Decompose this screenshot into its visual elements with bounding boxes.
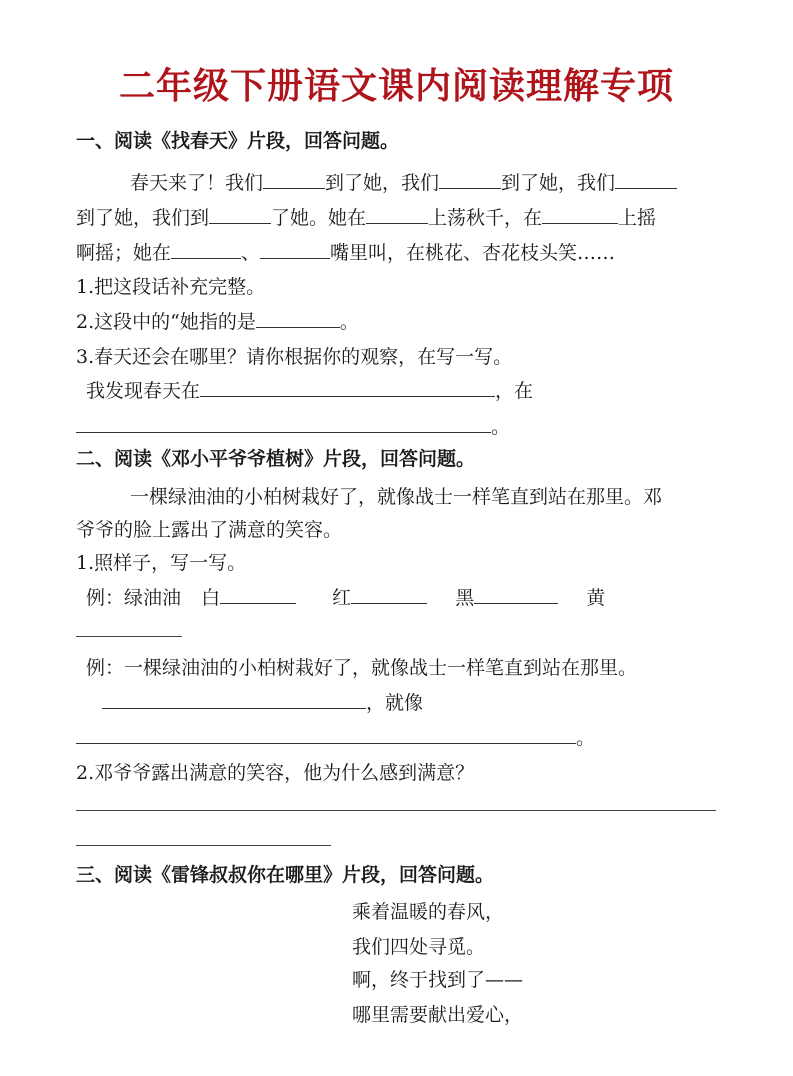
section2-q1-answer: ，就像 (102, 688, 423, 715)
answer-blank[interactable] (220, 585, 296, 604)
poem-line: 乘着温暖的春风， (352, 897, 504, 924)
answer-line[interactable] (76, 810, 716, 811)
section2-q1: 1.照样子，写一写。 (76, 548, 246, 575)
answer-line[interactable] (76, 636, 182, 637)
section2-passage-line1: 一棵绿油油的小柏树栽好了，就像战士一样笔直到站在那里。邓 (130, 482, 662, 509)
section1-q3-answer2: 。 (76, 412, 510, 439)
answer-blank[interactable] (76, 725, 576, 744)
section1-q2: 2.这段中的“她指的是。 (76, 307, 359, 334)
section2-q2: 2.邓爷爷露出满意的笑容，他为什么感到满意？ (76, 758, 474, 785)
page-title: 二年级下册语文课内阅读理解专项 (0, 58, 793, 109)
section3-heading: 三、阅读《雷锋叔叔你在哪里》片段，回答问题。 (76, 860, 494, 887)
poem-line: 哪里需要献出爱心， (352, 1000, 523, 1027)
section1-q3: 3.春天还会在哪里？请你根据你的观察，在写一写。 (76, 342, 512, 369)
section1-passage-line1: 春天来了！我们到了她，我们到了她，我们 (130, 168, 677, 195)
answer-line[interactable] (76, 845, 331, 846)
section2-heading: 二、阅读《邓小平爷爷植树》片段，回答问题。 (76, 444, 475, 471)
section1-heading: 一、阅读《找春天》片段，回答问题。 (76, 126, 399, 153)
section1-passage-line3: 啊摇；她在、嘴里叫，在桃花、杏花枝头笑…… (76, 238, 615, 265)
answer-blank[interactable] (76, 414, 491, 433)
section2-q1-example1: 例：绿油油 白 红 黑 黄 (86, 583, 605, 610)
section1-q3-answer: 我发现春天在，在 (86, 376, 533, 403)
section2-passage-line2: 爷爷的脸上露出了满意的笑容。 (76, 515, 342, 542)
answer-blank[interactable] (351, 585, 427, 604)
answer-blank[interactable] (102, 690, 366, 709)
answer-blank[interactable] (474, 585, 558, 604)
section2-q1-answer2: 。 (76, 723, 595, 750)
poem-line: 啊，终于找到了—— (352, 965, 523, 992)
section1-q1: 1.把这段话补充完整。 (76, 272, 265, 299)
section2-q1-example2: 例：一棵绿油油的小柏树栽好了，就像战士一样笔直到站在那里。 (86, 653, 637, 680)
section1-passage-line2: 到了她，我们到了她。她在上荡秋千，在上摇 (76, 203, 656, 230)
answer-blank[interactable] (256, 309, 340, 328)
answer-blank[interactable] (200, 378, 495, 397)
poem-line: 我们四处寻觅。 (352, 932, 485, 959)
